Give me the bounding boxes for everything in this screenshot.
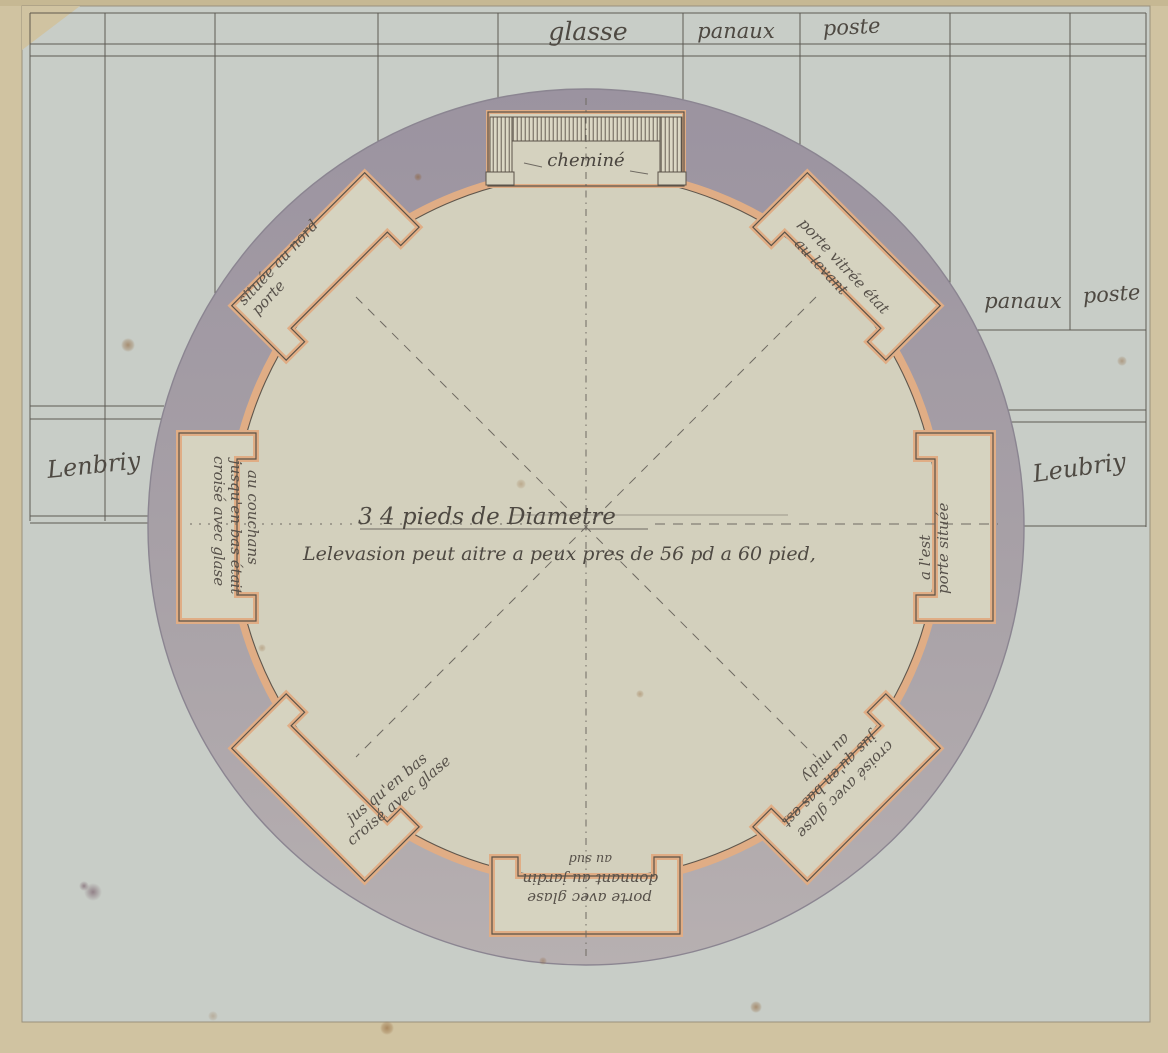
fireplace-label: cheminé <box>547 150 625 171</box>
label-poste-top: poste <box>822 14 881 41</box>
annotation-e-line1: porte située <box>934 502 952 594</box>
annotation-w-line3: au couchans <box>244 470 262 565</box>
elevation-note: Lelevasion peut aitre a peux pres de 56 … <box>302 543 816 565</box>
fireplace-foot-left <box>486 172 514 185</box>
annotation-s-line2: donnant au jardin <box>522 870 658 888</box>
fireplace-jamb-right <box>660 117 682 177</box>
annotation-s-line1: porte avec glase <box>527 889 652 907</box>
label-glasse: glasse <box>548 17 627 46</box>
diameter-note: 3 4 pieds de Diametre <box>358 504 616 530</box>
fireplace-foot-right <box>658 172 686 185</box>
label-panaux-top: panaux <box>697 19 775 43</box>
label-poste-right: poste <box>1082 280 1141 308</box>
annotation-e-line2: a l'est <box>916 534 934 580</box>
mat-top-strip <box>0 0 1168 6</box>
label-panaux-right: panaux <box>984 289 1062 313</box>
fireplace-jamb-left <box>490 117 512 177</box>
annotation-w-line2: jusqu'en bas était <box>227 457 245 595</box>
scanned-drawing-stage: glasse panaux poste panaux poste Lenbriy… <box>0 0 1168 1053</box>
annotation-s-line3: au sud <box>568 851 612 866</box>
architectural-plan-svg: glasse panaux poste panaux poste Lenbriy… <box>0 0 1168 1053</box>
annotation-w-line1: croisé avec glase <box>210 456 228 586</box>
